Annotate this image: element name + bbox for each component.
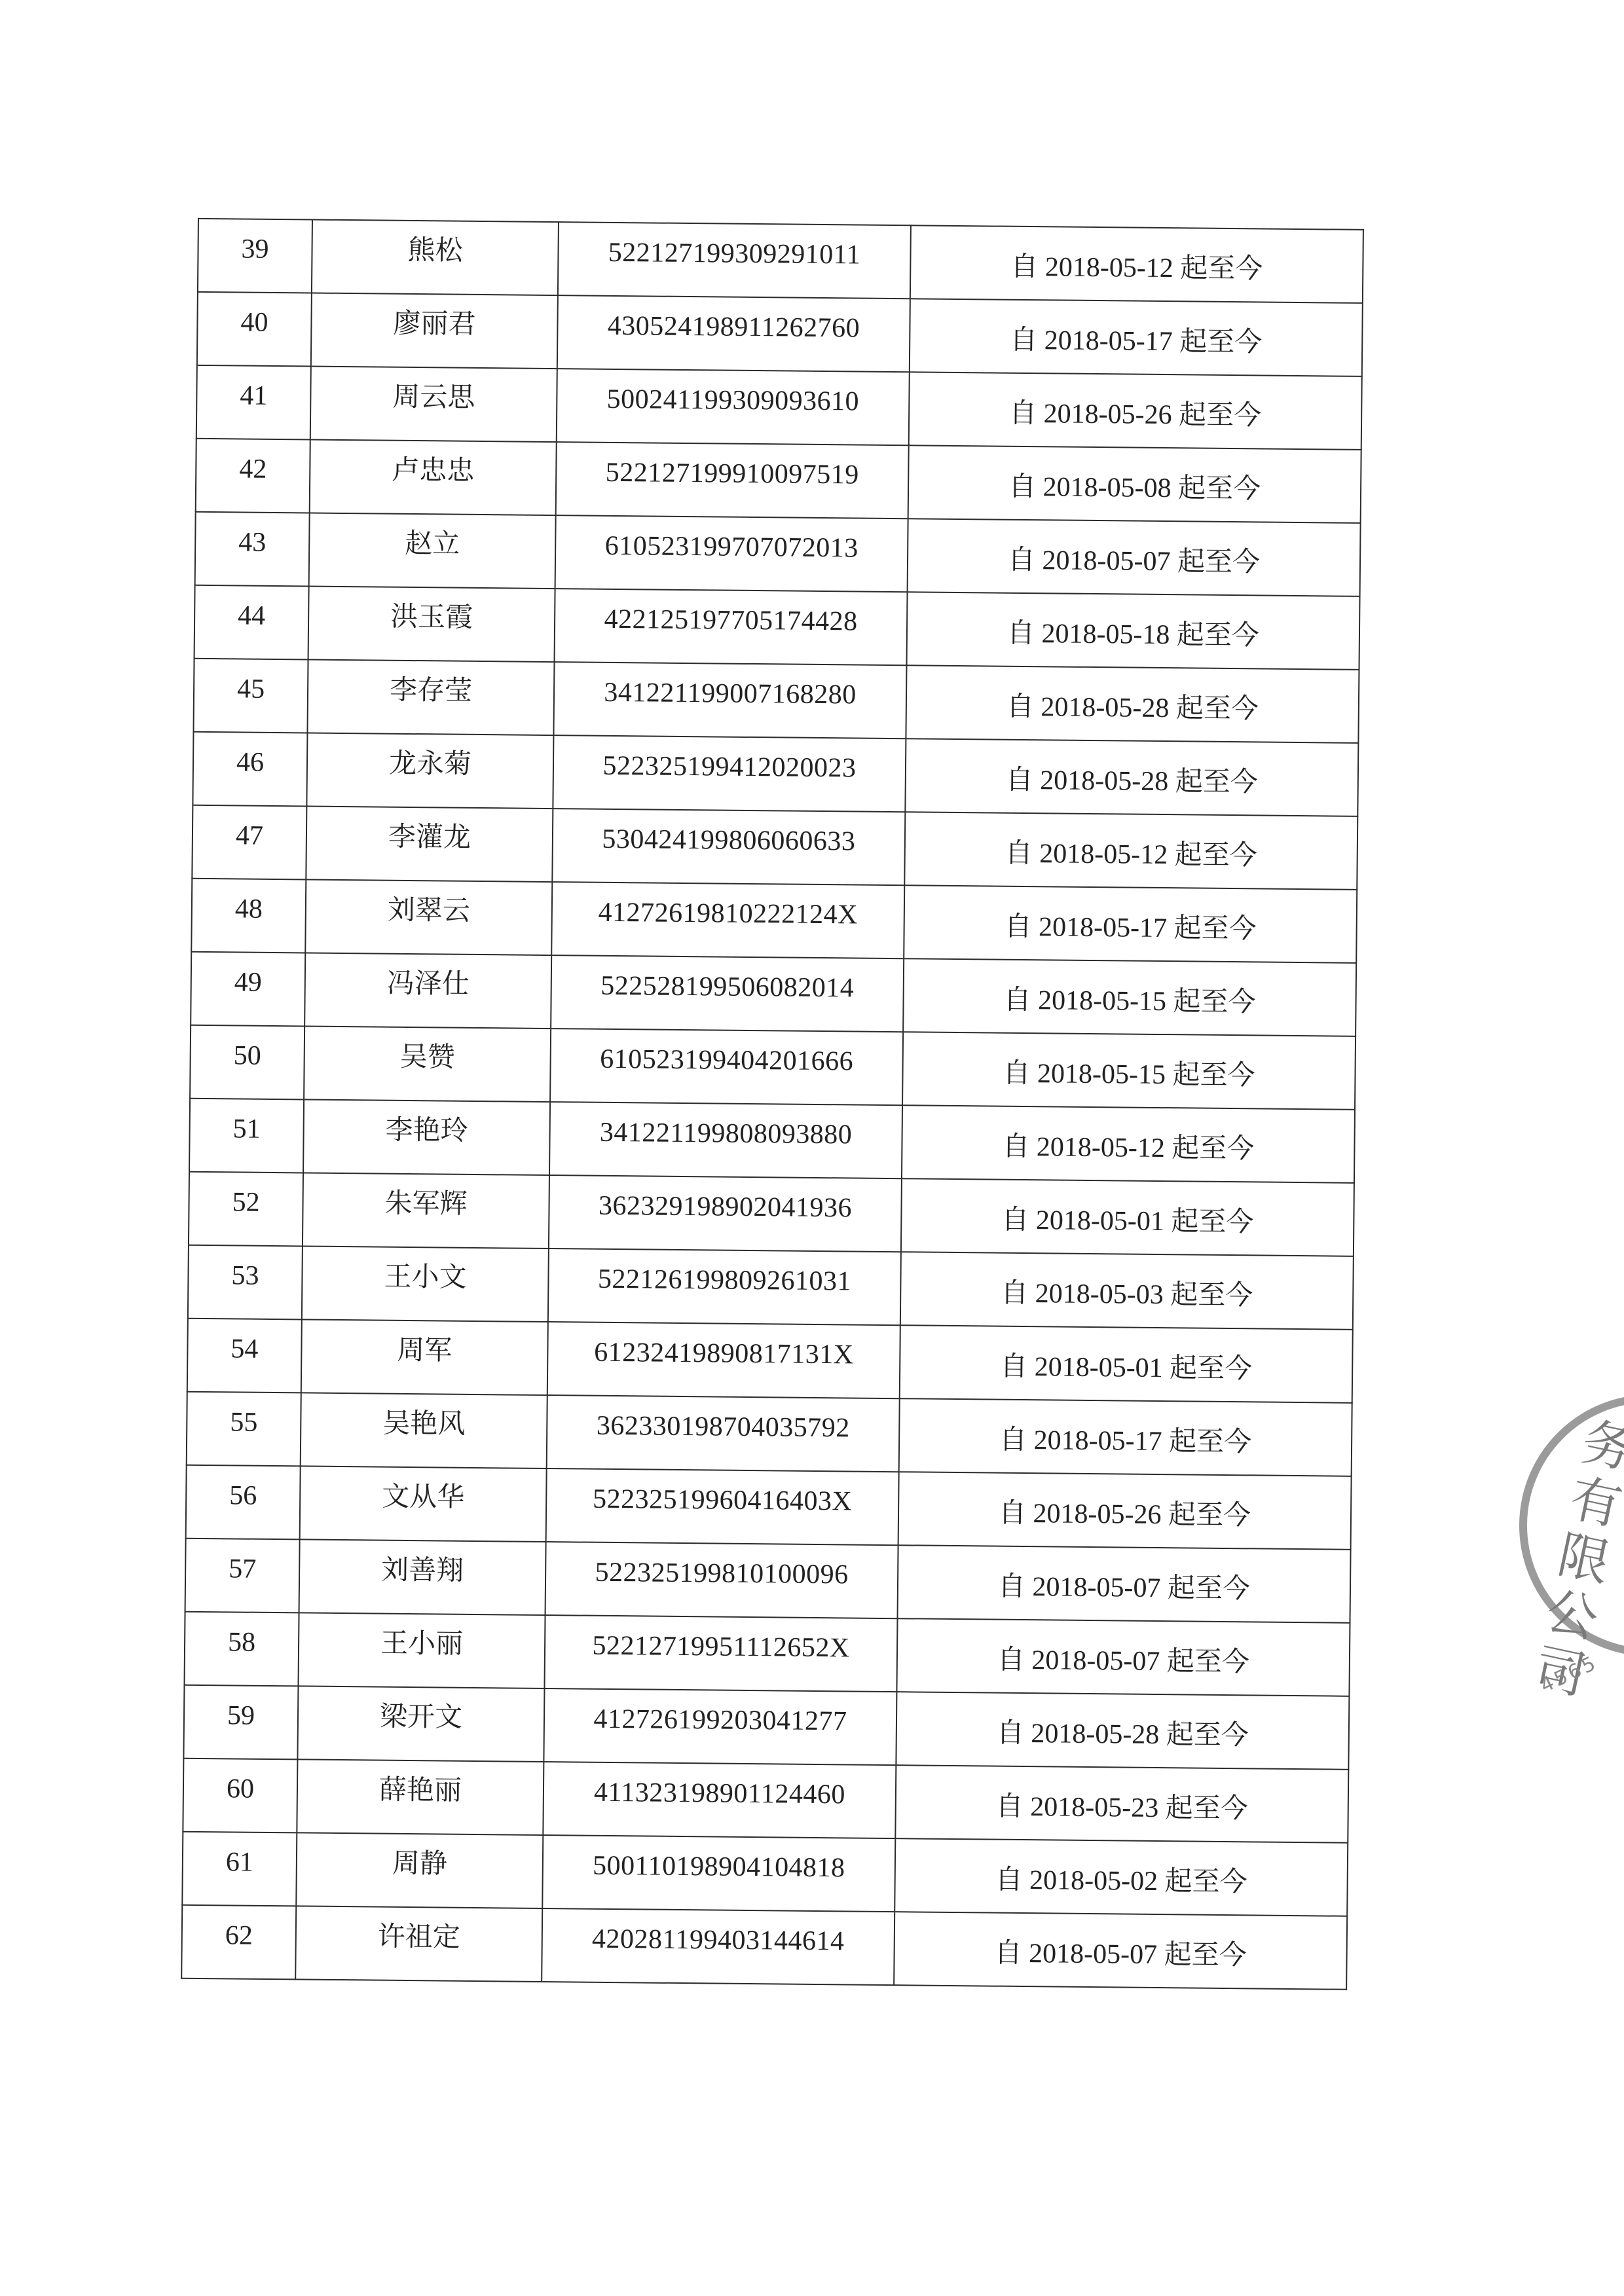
name-cell-text: 卢忠忠 [392, 457, 474, 485]
roster-table: 39熊松522127199309291011自 2018-05-12 起至今40… [181, 218, 1364, 1990]
employment-period-cell-text: 自 2018-05-03 起至今 [1001, 1280, 1253, 1310]
id-number-cell: 362329198902041936 [549, 1175, 902, 1252]
employment-period-cell: 自 2018-05-15 起至今 [903, 958, 1356, 1036]
row-number-cell-text: 56 [229, 1482, 257, 1509]
employment-period-cell: 自 2018-05-28 起至今 [905, 738, 1358, 816]
row-number-cell-text: 43 [238, 528, 266, 556]
id-number-cell-text: 530424199806060633 [602, 826, 855, 856]
name-cell: 周静 [296, 1832, 543, 1908]
employment-period-cell: 自 2018-05-28 起至今 [896, 1692, 1349, 1770]
row-number-cell: 58 [184, 1612, 299, 1686]
name-cell-text: 周静 [392, 1850, 447, 1878]
id-number-cell-text: 411323198901124460 [594, 1779, 845, 1809]
row-number-cell-text: 55 [230, 1408, 257, 1436]
row-number-cell: 44 [194, 585, 309, 660]
id-number-cell-text: 522325199412020023 [602, 752, 856, 782]
table-row: 51李艳玲341221199808093880自 2018-05-12 起至今 [189, 1099, 1355, 1183]
id-number-cell: 61232419890817131X [547, 1322, 900, 1398]
id-number-cell-text: 41272619810222124X [598, 899, 858, 929]
id-number-cell: 420281199403144614 [542, 1908, 895, 1985]
row-number-cell: 39 [198, 219, 312, 293]
table-row: 52朱军辉362329198902041936自 2018-05-01 起至今 [189, 1172, 1354, 1256]
table-row: 62许祖定420281199403144614自 2018-05-07 起至今 [181, 1905, 1347, 1990]
id-number-cell-text: 522127199910097519 [606, 459, 859, 489]
employment-period-cell: 自 2018-05-17 起至今 [899, 1398, 1352, 1476]
id-number-cell-text: 341221199007168280 [604, 679, 857, 709]
row-number-cell-text: 42 [239, 455, 267, 483]
name-cell-text: 廖丽君 [393, 310, 475, 338]
table-row: 54周军61232419890817131X自 2018-05-01 起至今 [187, 1319, 1353, 1403]
row-number-cell: 53 [188, 1245, 303, 1320]
name-cell: 刘翠云 [305, 879, 552, 955]
employment-period-cell: 自 2018-05-01 起至今 [900, 1325, 1353, 1403]
table-row: 53王小文522126199809261031自 2018-05-03 起至今 [188, 1245, 1354, 1330]
row-number-cell: 42 [196, 439, 310, 513]
employment-period-cell-text: 自 2018-05-12 起至今 [1002, 1133, 1254, 1163]
id-number-cell-text: 500110198904104818 [593, 1852, 845, 1882]
employment-period-cell-text: 自 2018-05-26 起至今 [1009, 400, 1261, 430]
name-cell-text: 周云思 [392, 384, 475, 412]
id-number-cell-text: 430524198911262760 [608, 312, 860, 342]
row-number-cell: 49 [191, 952, 305, 1027]
id-number-cell: 362330198704035792 [547, 1395, 900, 1472]
name-cell-text: 文从华 [382, 1484, 464, 1512]
row-number-cell: 60 [183, 1758, 297, 1833]
row-number-cell: 55 [187, 1392, 301, 1467]
employment-period-cell: 自 2018-05-28 起至今 [906, 665, 1359, 743]
id-number-cell: 500241199309093610 [557, 369, 910, 445]
id-number-cell: 530424199806060633 [552, 809, 905, 885]
name-cell-text: 吴赞 [399, 1044, 454, 1072]
employment-period-cell-text: 自 2018-05-17 起至今 [999, 1427, 1251, 1457]
row-number-cell-text: 51 [232, 1115, 260, 1142]
name-cell-text: 许祖定 [378, 1923, 460, 1952]
table-row: 59梁开文412726199203041277自 2018-05-28 起至今 [183, 1685, 1349, 1770]
table-row: 49冯泽仕522528199506082014自 2018-05-15 起至今 [191, 952, 1356, 1036]
employment-period-cell-text: 自 2018-05-12 起至今 [1005, 840, 1257, 870]
row-number-cell-text: 48 [235, 895, 263, 922]
employment-period-cell-text: 自 2018-05-23 起至今 [996, 1793, 1248, 1823]
row-number-cell-text: 53 [231, 1262, 259, 1289]
table-row: 48刘翠云41272619810222124X自 2018-05-17 起至今 [191, 879, 1357, 963]
name-cell: 吴赞 [304, 1026, 551, 1102]
name-cell: 李存莹 [307, 659, 554, 735]
name-cell-text: 朱军辉 [384, 1190, 467, 1218]
employment-period-cell-text: 自 2018-05-26 起至今 [999, 1500, 1251, 1530]
id-number-cell: 422125197705174428 [555, 589, 908, 665]
table-row: 39熊松522127199309291011自 2018-05-12 起至今 [198, 219, 1363, 303]
employment-period-cell: 自 2018-05-26 起至今 [909, 372, 1362, 450]
name-cell: 廖丽君 [311, 293, 558, 369]
name-cell: 梁开文 [297, 1686, 544, 1762]
name-cell-text: 薛艳丽 [379, 1777, 462, 1805]
id-number-cell: 52232519960416403X [546, 1468, 899, 1545]
roster-table-container: 39熊松522127199309291011自 2018-05-12 起至今40… [181, 218, 1360, 1990]
employment-period-cell: 自 2018-05-15 起至今 [902, 1032, 1356, 1110]
row-number-cell-text: 61 [226, 1848, 253, 1876]
row-number-cell-text: 46 [236, 748, 264, 776]
table-row: 44洪玉霞422125197705174428自 2018-05-18 起至今 [194, 585, 1360, 670]
name-cell: 薛艳丽 [297, 1759, 544, 1835]
name-cell: 刘善翔 [299, 1539, 546, 1615]
id-number-cell: 522126199809261031 [548, 1248, 901, 1325]
employment-period-cell: 自 2018-05-07 起至今 [908, 519, 1361, 596]
table-row: 43赵立610523199707072013自 2018-05-07 起至今 [195, 512, 1361, 596]
employment-period-cell-text: 自 2018-05-28 起至今 [997, 1720, 1249, 1750]
id-number-cell: 52212719951112652X [544, 1615, 897, 1692]
row-number-cell: 62 [181, 1905, 296, 1980]
row-number-cell: 51 [189, 1099, 304, 1173]
employment-period-cell-text: 自 2018-05-02 起至今 [995, 1867, 1247, 1897]
name-cell: 龙永菊 [306, 733, 553, 809]
table-row: 40廖丽君430524198911262760自 2018-05-17 起至今 [197, 292, 1363, 376]
employment-period-cell: 自 2018-05-17 起至今 [904, 885, 1357, 963]
employment-period-cell-text: 自 2018-05-08 起至今 [1008, 473, 1261, 503]
id-number-cell: 41272619810222124X [551, 882, 904, 958]
id-number-cell: 522325199810100096 [545, 1542, 898, 1618]
employment-period-cell-text: 自 2018-05-07 起至今 [994, 1940, 1246, 1970]
table-row: 57刘善翔522325199810100096自 2018-05-07 起至今 [185, 1539, 1351, 1623]
name-cell-text: 王小文 [384, 1264, 466, 1292]
employment-period-cell: 自 2018-05-12 起至今 [910, 225, 1363, 303]
employment-period-cell: 自 2018-05-17 起至今 [910, 299, 1363, 376]
table-row: 61周静500110198904104818自 2018-05-02 起至今 [182, 1832, 1348, 1916]
table-row: 45李存莹341221199007168280自 2018-05-28 起至今 [193, 659, 1359, 743]
employment-period-cell: 自 2018-05-07 起至今 [898, 1545, 1351, 1623]
name-cell-text: 周军 [397, 1337, 452, 1365]
employment-period-cell-text: 自 2018-05-17 起至今 [1010, 327, 1262, 357]
table-row: 58王小丽52212719951112652X自 2018-05-07 起至今 [184, 1612, 1350, 1696]
id-number-cell: 610523199707072013 [555, 515, 908, 592]
row-number-cell-text: 44 [238, 602, 265, 629]
name-cell: 卢忠忠 [310, 439, 557, 515]
row-number-cell-text: 45 [237, 675, 265, 702]
employment-period-cell: 自 2018-05-01 起至今 [901, 1178, 1354, 1256]
employment-period-cell: 自 2018-05-08 起至今 [908, 445, 1361, 523]
name-cell: 王小丽 [298, 1613, 545, 1688]
name-cell: 文从华 [300, 1466, 547, 1542]
id-number-cell: 430524198911262760 [557, 295, 910, 372]
name-cell: 吴艳风 [301, 1393, 547, 1468]
id-number-cell-text: 522126199809261031 [598, 1266, 851, 1296]
id-number-cell: 522127199309291011 [558, 222, 911, 299]
employment-period-cell-text: 自 2018-05-01 起至今 [1000, 1353, 1252, 1383]
employment-period-cell-text: 自 2018-05-15 起至今 [1003, 1060, 1255, 1090]
name-cell-text: 刘善翔 [381, 1557, 464, 1585]
employment-period-cell: 自 2018-05-12 起至今 [904, 812, 1357, 890]
name-cell: 王小文 [302, 1246, 549, 1322]
id-number-cell: 341221199007168280 [553, 662, 906, 738]
name-cell: 李艳玲 [303, 1099, 550, 1175]
id-number-cell-text: 420281199403144614 [592, 1925, 845, 1956]
employment-period-cell: 自 2018-05-02 起至今 [895, 1838, 1348, 1916]
roster-table-body: 39熊松522127199309291011自 2018-05-12 起至今40… [181, 219, 1363, 1990]
name-cell-text: 李艳玲 [385, 1117, 468, 1145]
row-number-cell: 46 [193, 732, 307, 807]
employment-period-cell-text: 自 2018-05-01 起至今 [1001, 1207, 1253, 1237]
name-cell-text: 冯泽仕 [387, 970, 470, 998]
employment-period-cell-text: 自 2018-05-12 起至今 [1010, 253, 1263, 283]
employment-period-cell-text: 自 2018-05-07 起至今 [997, 1647, 1249, 1677]
name-cell-text: 赵立 [405, 530, 460, 558]
row-number-cell-text: 52 [232, 1188, 259, 1216]
employment-period-cell: 自 2018-05-12 起至今 [902, 1105, 1355, 1183]
name-cell: 赵立 [309, 513, 556, 589]
id-number-cell: 500110198904104818 [542, 1835, 895, 1912]
row-number-cell: 45 [193, 659, 308, 733]
id-number-cell-text: 500241199309093610 [606, 386, 859, 416]
row-number-cell-text: 49 [234, 968, 262, 996]
name-cell: 李灌龙 [306, 806, 553, 882]
row-number-cell-text: 50 [234, 1042, 261, 1069]
name-cell-text: 熊松 [407, 237, 462, 265]
employment-period-cell-text: 自 2018-05-28 起至今 [1006, 767, 1258, 797]
table-row: 55吴艳风362330198704035792自 2018-05-17 起至今 [187, 1392, 1352, 1476]
row-number-cell: 41 [196, 365, 311, 440]
id-number-cell-text: 341221199808093880 [600, 1119, 853, 1149]
name-cell-text: 王小丽 [380, 1630, 463, 1658]
id-number-cell: 522528199506082014 [551, 955, 904, 1032]
name-cell: 许祖定 [295, 1906, 542, 1982]
id-number-cell-text: 362330198704035792 [597, 1412, 850, 1442]
name-cell-text: 洪玉霞 [390, 604, 473, 632]
employment-period-cell-text: 自 2018-05-17 起至今 [1004, 913, 1256, 943]
id-number-cell-text: 52212719951112652X [592, 1632, 850, 1662]
row-number-cell: 47 [192, 805, 306, 880]
id-number-cell-text: 422125197705174428 [604, 606, 857, 636]
name-cell-text: 刘翠云 [388, 897, 470, 925]
employment-period-cell: 自 2018-05-07 起至今 [896, 1618, 1350, 1696]
row-number-cell-text: 60 [227, 1775, 254, 1802]
row-number-cell: 61 [182, 1832, 297, 1906]
id-number-cell-text: 522528199506082014 [600, 972, 854, 1002]
row-number-cell: 56 [186, 1465, 301, 1540]
row-number-cell-text: 57 [229, 1555, 256, 1582]
id-number-cell-text: 522325199810100096 [595, 1559, 848, 1589]
row-number-cell-text: 41 [240, 382, 267, 409]
name-cell: 洪玉霞 [308, 586, 555, 662]
name-cell: 朱军辉 [303, 1173, 549, 1248]
row-number-cell-text: 39 [241, 235, 268, 263]
row-number-cell: 57 [185, 1539, 300, 1613]
table-row: 42卢忠忠522127199910097519自 2018-05-08 起至今 [196, 439, 1361, 523]
employment-period-cell: 自 2018-05-26 起至今 [898, 1472, 1352, 1550]
id-number-cell: 610523199404201666 [550, 1029, 903, 1105]
employment-period-cell-text: 自 2018-05-07 起至今 [998, 1573, 1250, 1603]
id-number-cell: 412726199203041277 [544, 1688, 896, 1765]
id-number-cell: 522127199910097519 [556, 442, 909, 519]
id-number-cell-text: 52232519960416403X [593, 1485, 853, 1516]
employment-period-cell-text: 自 2018-05-15 起至今 [1003, 987, 1255, 1017]
id-number-cell: 522325199412020023 [553, 735, 906, 812]
name-cell: 周军 [301, 1319, 548, 1395]
employment-period-cell: 自 2018-05-18 起至今 [906, 592, 1359, 670]
id-number-cell-text: 61232419890817131X [594, 1339, 854, 1369]
table-row: 41周云思500241199309093610自 2018-05-26 起至今 [196, 365, 1362, 450]
employment-period-cell-text: 自 2018-05-18 起至今 [1007, 620, 1259, 650]
name-cell: 熊松 [312, 220, 559, 296]
row-number-cell-text: 47 [236, 822, 263, 849]
name-cell-text: 李灌龙 [388, 824, 471, 852]
employment-period-cell-text: 自 2018-05-28 起至今 [1006, 693, 1259, 723]
id-number-cell-text: 522127199309291011 [608, 239, 861, 269]
row-number-cell-text: 58 [228, 1628, 255, 1656]
row-number-cell-text: 59 [227, 1702, 255, 1729]
row-number-cell: 43 [195, 512, 310, 587]
id-number-cell-text: 610523199404201666 [600, 1046, 853, 1076]
employment-period-cell: 自 2018-05-23 起至今 [895, 1765, 1348, 1843]
row-number-cell: 40 [197, 292, 312, 367]
table-row: 50吴赞610523199404201666自 2018-05-15 起至今 [190, 1025, 1356, 1110]
name-cell-text: 梁开文 [380, 1704, 462, 1732]
row-number-cell: 52 [189, 1172, 303, 1247]
row-number-cell: 48 [191, 879, 306, 953]
table-row: 46龙永菊522325199412020023自 2018-05-28 起至今 [193, 732, 1358, 816]
employment-period-cell: 自 2018-05-07 起至今 [894, 1912, 1347, 1990]
row-number-cell: 54 [187, 1319, 302, 1393]
name-cell-text: 吴艳风 [382, 1410, 465, 1438]
name-cell: 周云思 [310, 366, 557, 442]
table-row: 56文从华52232519960416403X自 2018-05-26 起至今 [186, 1465, 1352, 1550]
id-number-cell: 341221199808093880 [549, 1102, 902, 1178]
table-row: 47李灌龙530424199806060633自 2018-05-12 起至今 [192, 805, 1357, 890]
row-number-cell-text: 40 [240, 308, 268, 336]
name-cell-text: 龙永菊 [389, 750, 471, 778]
row-number-cell-text: 62 [225, 1922, 253, 1949]
name-cell: 冯泽仕 [304, 953, 551, 1029]
row-number-cell-text: 54 [231, 1335, 258, 1362]
id-number-cell: 411323198901124460 [543, 1762, 896, 1838]
row-number-cell: 50 [190, 1025, 304, 1100]
id-number-cell-text: 362329198902041936 [599, 1192, 852, 1222]
employment-period-cell: 自 2018-05-03 起至今 [900, 1252, 1354, 1330]
id-number-cell-text: 412726199203041277 [593, 1705, 847, 1736]
employment-period-cell-text: 自 2018-05-07 起至今 [1008, 547, 1260, 577]
row-number-cell: 59 [183, 1685, 298, 1760]
table-row: 60薛艳丽411323198901124460自 2018-05-23 起至今 [183, 1758, 1348, 1843]
id-number-cell-text: 610523199707072013 [605, 532, 858, 562]
name-cell-text: 李存莹 [390, 677, 472, 705]
